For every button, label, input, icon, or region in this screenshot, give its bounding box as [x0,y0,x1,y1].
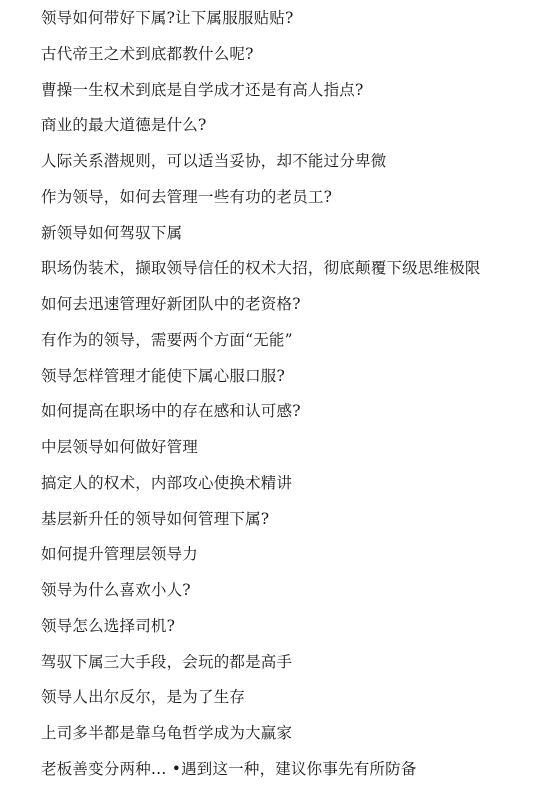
list-item[interactable]: 中层领导如何做好管理 [41,435,481,471]
list-item[interactable]: 作为领导，如何去管理一些有功的老员工? [41,185,481,221]
list-item[interactable]: 曹操一生权术到底是自学成才还是有高人指点? [41,78,481,114]
list-item[interactable]: 如何提高在职场中的存在感和认可感? [41,399,481,435]
list-item[interactable]: 搞定人的权术，内部攻心使换术精讲 [41,471,481,507]
list-item[interactable]: 新领导如何驾驭下属 [41,221,481,257]
list-item[interactable]: 领导怎样管理才能使下属心服口服? [41,364,481,400]
list-item[interactable]: 古代帝王之术到底都教什么呢? [41,42,481,78]
list-item[interactable]: 领导如何带好下属?让下属服服贴贴? [41,6,481,42]
list-item[interactable]: 人际关系潜规则，可以适当妥协，却不能过分卑微 [41,149,481,185]
list-item[interactable]: 职场伪装术，撷取领导信任的权术大招，彻底颠覆下级思维极限 [41,256,481,292]
list-item[interactable]: 如何去迅速管理好新团队中的老资格? [41,292,481,328]
article-title-list: 领导如何带好下属?让下属服服贴贴? 古代帝王之术到底都教什么呢? 曹操一生权术到… [41,6,481,793]
list-item[interactable]: 基层新升任的领导如何管理下属? [41,507,481,543]
list-item[interactable]: 有作为的领导，需要两个方面“无能” [41,328,481,364]
list-item[interactable]: 上司多半都是靠乌龟哲学成为大赢家 [41,721,481,757]
list-item[interactable]: 商业的最大道德是什么? [41,113,481,149]
list-item[interactable]: 老板善变分两种… •遇到这一种，建议你事先有所防备 [41,757,481,793]
list-item[interactable]: 领导为什么喜欢小人? [41,578,481,614]
list-item[interactable]: 领导怎么选择司机? [41,614,481,650]
list-item[interactable]: 领导人出尔反尔，是为了生存 [41,685,481,721]
list-item[interactable]: 驾驭下属三大手段，会玩的都是高手 [41,650,481,686]
list-item[interactable]: 如何提升管理层领导力 [41,542,481,578]
